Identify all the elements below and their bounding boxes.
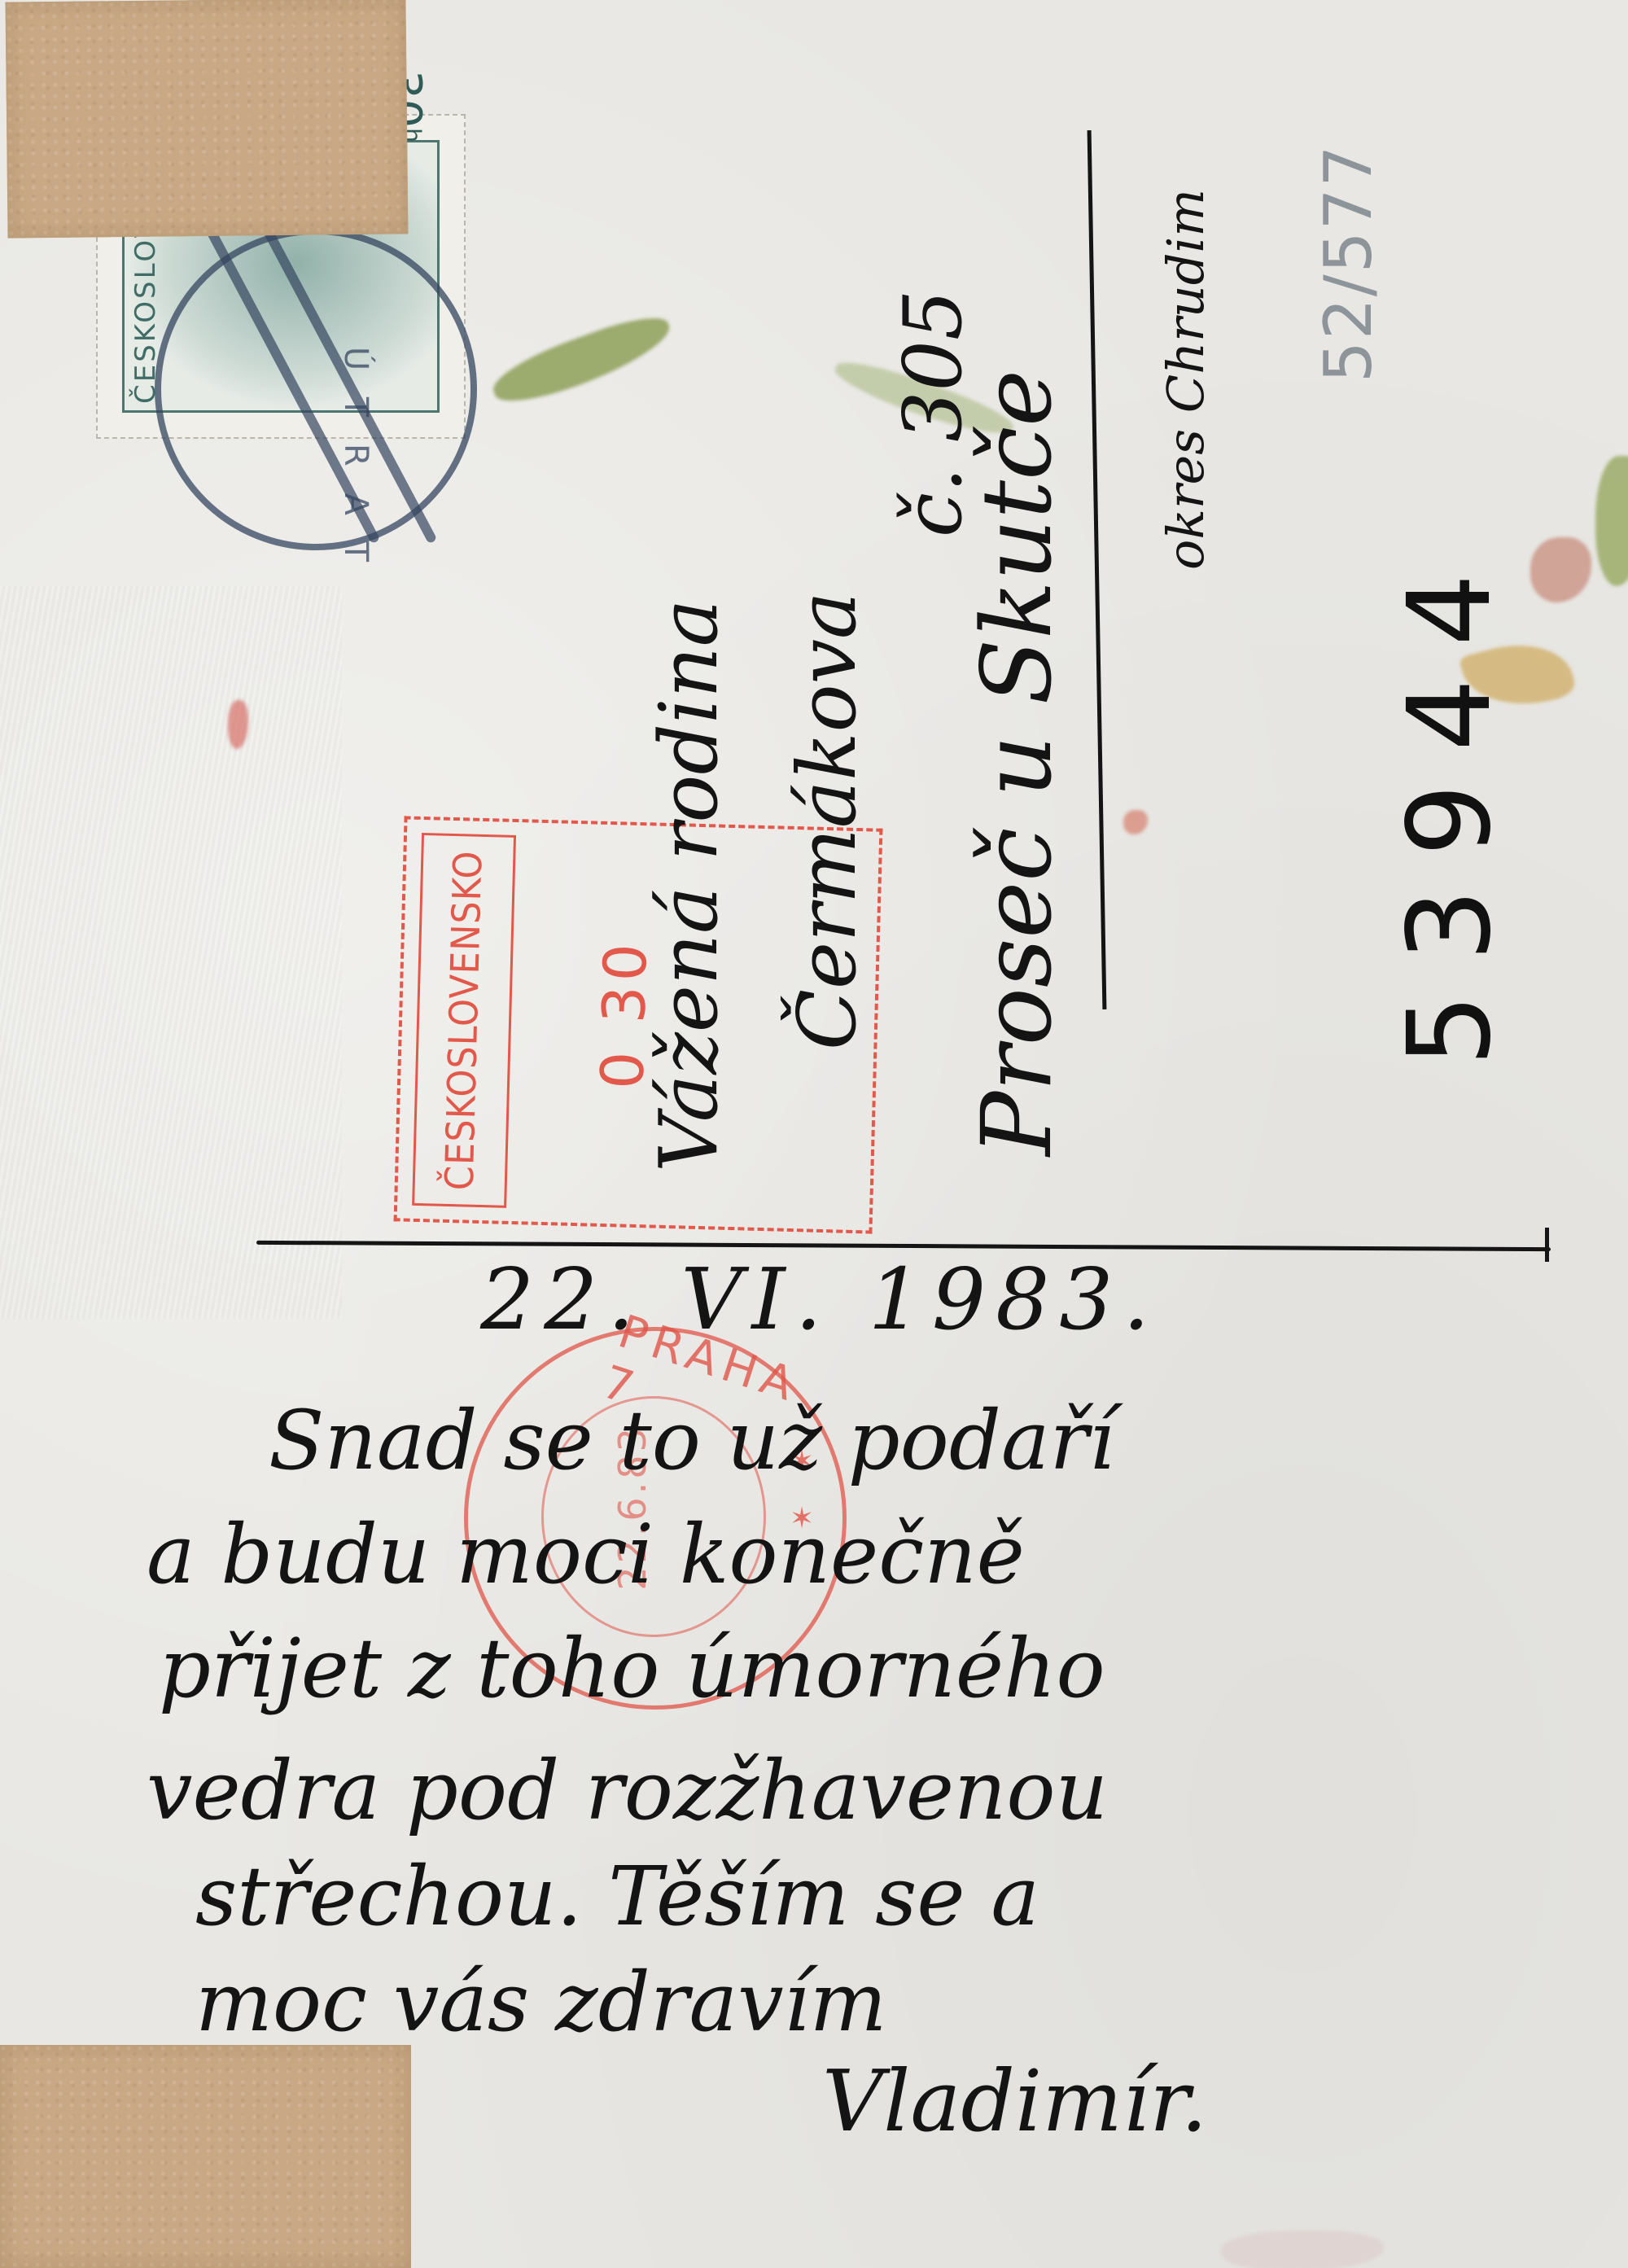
meter-label-box: ČESKOSLOVENSKO <box>412 833 516 1208</box>
address-underline <box>1088 130 1107 1009</box>
red-stain <box>1123 810 1148 834</box>
pencil-number: 52/577 <box>1311 144 1386 383</box>
message-line: Snad se to už podaří <box>269 1400 1114 1482</box>
pink-stain <box>1221 2231 1384 2268</box>
green-stain <box>487 307 678 413</box>
cancellation-text: Ú T R A T <box>337 347 374 570</box>
meter-country: ČESKOSLOVENSKO <box>437 850 492 1191</box>
signature: Vladimír. <box>822 2051 1207 2151</box>
reference-number: 53944 <box>1384 541 1516 1066</box>
address-line-5: okres Chrudim <box>1156 189 1215 570</box>
green-stain <box>1595 456 1628 586</box>
message-date: 22. VI. 1983. <box>480 1250 1160 1349</box>
message-line: moc vás zdravím <box>195 1962 886 2043</box>
postcard: ČESKOSLOV 30h Ú T R A T ČESKOSLOVENSKO 0… <box>0 0 1628 2268</box>
divider-tick <box>1545 1228 1549 1262</box>
message-line: vedra pod rozžhavenou <box>147 1750 1108 1832</box>
paper-texture <box>0 586 342 1319</box>
address-line-4: Proseč u Skutče <box>961 370 1073 1156</box>
tape-strip-top <box>5 0 408 239</box>
red-stain <box>1530 537 1591 602</box>
tape-strip-bottom <box>0 2045 411 2268</box>
address-line-1: Vážená rodina <box>643 599 736 1172</box>
message-line: přijet z toho úmorného <box>159 1628 1105 1710</box>
message-line: střechou. Těším se a <box>195 1856 1039 1937</box>
message-line: a budu moci konečně <box>147 1514 1025 1596</box>
cancellation-ring <box>155 228 477 550</box>
address-line-2: Čermákova <box>781 592 874 1050</box>
